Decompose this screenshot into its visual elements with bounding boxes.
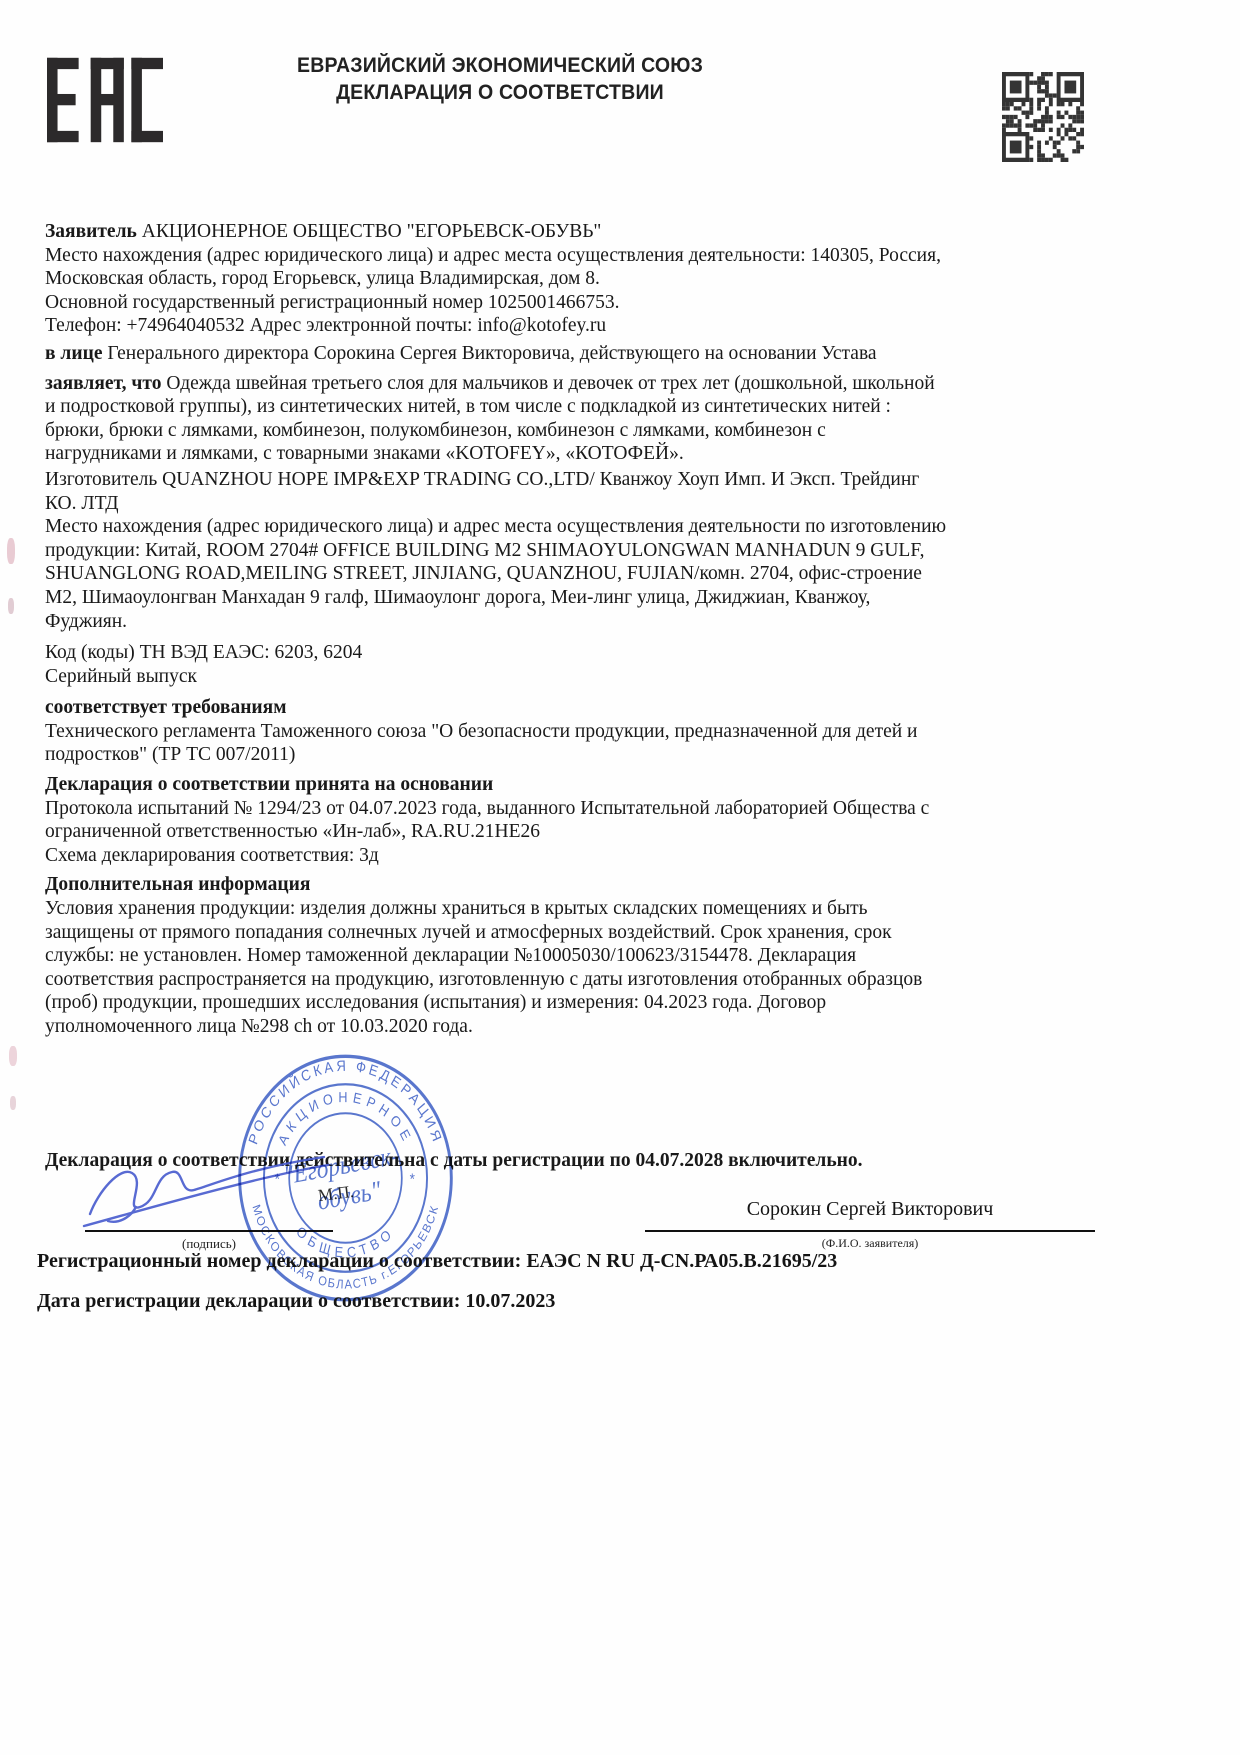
basis-heading: Декларация о соответствии принята на осн… <box>45 773 1170 797</box>
svg-text:АКЦИОНЕРНОЕ: АКЦИОНЕРНОЕ <box>275 1089 415 1148</box>
stamp-inner-top-text: АКЦИОНЕРНОЕ <box>275 1089 415 1148</box>
title-line-2: ДЕКЛАРАЦИЯ О СООТВЕТСТВИИ <box>212 79 789 106</box>
scheme-line: Схема декларирования соответствия: 3д <box>45 844 1170 868</box>
serial-release-line: Серийный выпуск <box>45 665 1170 689</box>
applicant-label: Заявитель <box>45 221 142 242</box>
in-person-details: Генерального директора Сорокина Сергея В… <box>107 343 876 364</box>
product-description: Одежда швейная третьего слоя для мальчик… <box>45 373 935 465</box>
additional-info-heading: Дополнительная информация <box>45 873 1170 897</box>
registration-date-line: Дата регистрации декларации о соответств… <box>37 1290 1197 1313</box>
qr-code-icon <box>1002 72 1084 162</box>
scan-artifact <box>8 598 14 614</box>
in-person-paragraph: в лице Генерального директора Сорокина С… <box>45 342 1170 366</box>
applicant-details: АКЦИОНЕРНОЕ ОБЩЕСТВО "ЕГОРЬЕВСК-ОБУВЬ" М… <box>45 221 941 336</box>
declares-label: заявляет, что <box>45 373 166 394</box>
tnved-code-line: Код (коды) ТН ВЭД ЕАЭС: 6203, 6204 <box>45 641 1170 665</box>
in-person-label: в лице <box>45 343 107 364</box>
declaration-document: ЕВРАЗИЙСКИЙ ЭКОНОМИЧЕСКИЙ СОЮЗ ДЕКЛАРАЦИ… <box>0 0 1240 1755</box>
additional-info-text: Условия хранения продукции: изделия долж… <box>45 897 1170 1039</box>
applicant-paragraph: Заявитель АКЦИОНЕРНОЕ ОБЩЕСТВО "ЕГОРЬЕВС… <box>45 220 1170 338</box>
scan-artifact <box>7 538 15 564</box>
signer-name-caption: (Ф.И.О. заявителя) <box>645 1236 1095 1251</box>
scan-artifact <box>9 1046 17 1066</box>
signer-name-line <box>645 1230 1095 1232</box>
basis-text: Протокола испытаний № 1294/23 от 04.07.2… <box>45 797 1170 844</box>
page-title: ЕВРАЗИЙСКИЙ ЭКОНОМИЧЕСКИЙ СОЮЗ ДЕКЛАРАЦИ… <box>212 52 789 106</box>
eac-logo <box>47 45 163 155</box>
manufacturer-paragraph: Изготовитель QUANZHOU HOPE IMP&EXP TRADI… <box>45 468 1170 515</box>
registration-number-line: Регистрационный номер декларации о соотв… <box>37 1250 1197 1273</box>
declares-paragraph: заявляет, что Одежда швейная третьего сл… <box>45 372 1170 466</box>
stamp-separator-left: * <box>275 1172 281 1189</box>
manufacturer-address-paragraph: Место нахождения (адрес юридического лиц… <box>45 515 1170 633</box>
stamp-separator-right: * <box>410 1172 416 1189</box>
complies-heading: соответствует требованиям <box>45 696 1170 720</box>
scan-artifact <box>10 1096 16 1110</box>
registration-footer: Регистрационный номер декларации о соотв… <box>37 1250 1197 1313</box>
complies-text: Технического регламента Таможенного союз… <box>45 720 1170 767</box>
signer-name: Сорокин Сергей Викторович <box>645 1198 1095 1221</box>
declaration-body: Заявитель АКЦИОНЕРНОЕ ОБЩЕСТВО "ЕГОРЬЕВС… <box>45 220 1170 1172</box>
title-line-1: ЕВРАЗИЙСКИЙ ЭКОНОМИЧЕСКИЙ СОЮЗ <box>212 52 789 79</box>
